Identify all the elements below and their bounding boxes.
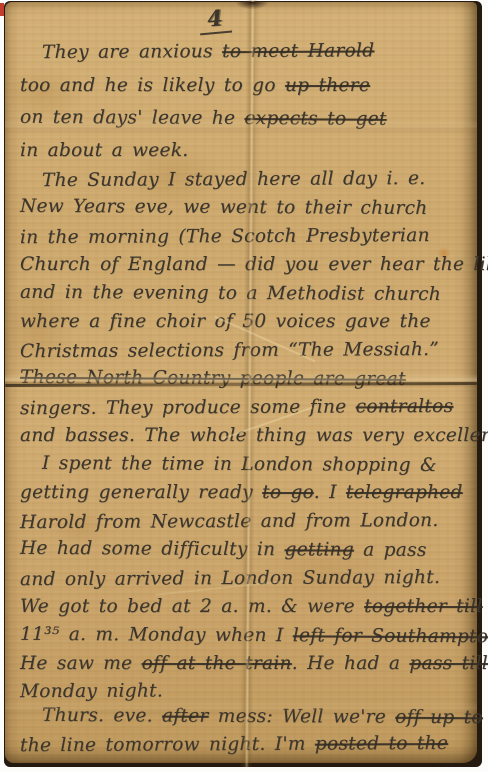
struck-handwriting: contraltos (356, 395, 454, 417)
struck-handwriting: getting (284, 539, 354, 560)
handwriting: The Sunday I stayed here all day i. e. (42, 168, 426, 191)
handwriting: Harold from Newcastle and from London. (20, 509, 439, 532)
handwriting: We got to bed at 2 a. m. & were (20, 596, 364, 617)
handwriting: the line tomorrow night. I'm (20, 734, 315, 757)
handwriting: getting generally ready (20, 482, 262, 503)
handwriting: They are anxious (42, 41, 222, 63)
fold-crease-horizontal-faint (5, 120, 477, 134)
handwriting: . He had a (292, 653, 410, 674)
handwriting: Monday night. (20, 680, 163, 702)
handwriting: and in the evening to a Methodist church (20, 281, 441, 304)
top-fold-notch (236, 2, 268, 9)
handwriting: He saw me (20, 653, 142, 674)
red-edge-mark (0, 3, 4, 16)
struck-handwriting: up there (285, 75, 370, 96)
handwriting: a pass (354, 540, 427, 561)
struck-handwriting: left for Southampton (293, 625, 488, 647)
struck-handwriting: off at the train (142, 653, 292, 674)
handwriting: singers. They produce some fine (20, 396, 356, 419)
handwriting: Christmas selections from “The Messiah.” (20, 338, 439, 361)
handwriting: in about a week. (20, 140, 188, 161)
handwriting: . I (314, 482, 346, 503)
struck-handwriting: telegraphed (346, 482, 463, 503)
handwriting: New Years eve, we went to their church (20, 196, 428, 219)
handwriting: in the morning (The Scotch Presbyterian (20, 225, 430, 248)
scan-background: 4 They are anxious to meet Haroldtoo and… (4, 1, 482, 767)
struck-handwriting: to go (262, 482, 314, 503)
handwriting: I spent the time in London shopping & (42, 452, 437, 475)
struck-handwriting: posted to the (315, 733, 448, 755)
struck-handwriting: together till (364, 596, 482, 617)
letter-paper: 4 They are anxious to meet Haroldtoo and… (5, 2, 477, 763)
struck-handwriting: pass till (409, 653, 488, 674)
page-number: 4 (198, 5, 232, 36)
